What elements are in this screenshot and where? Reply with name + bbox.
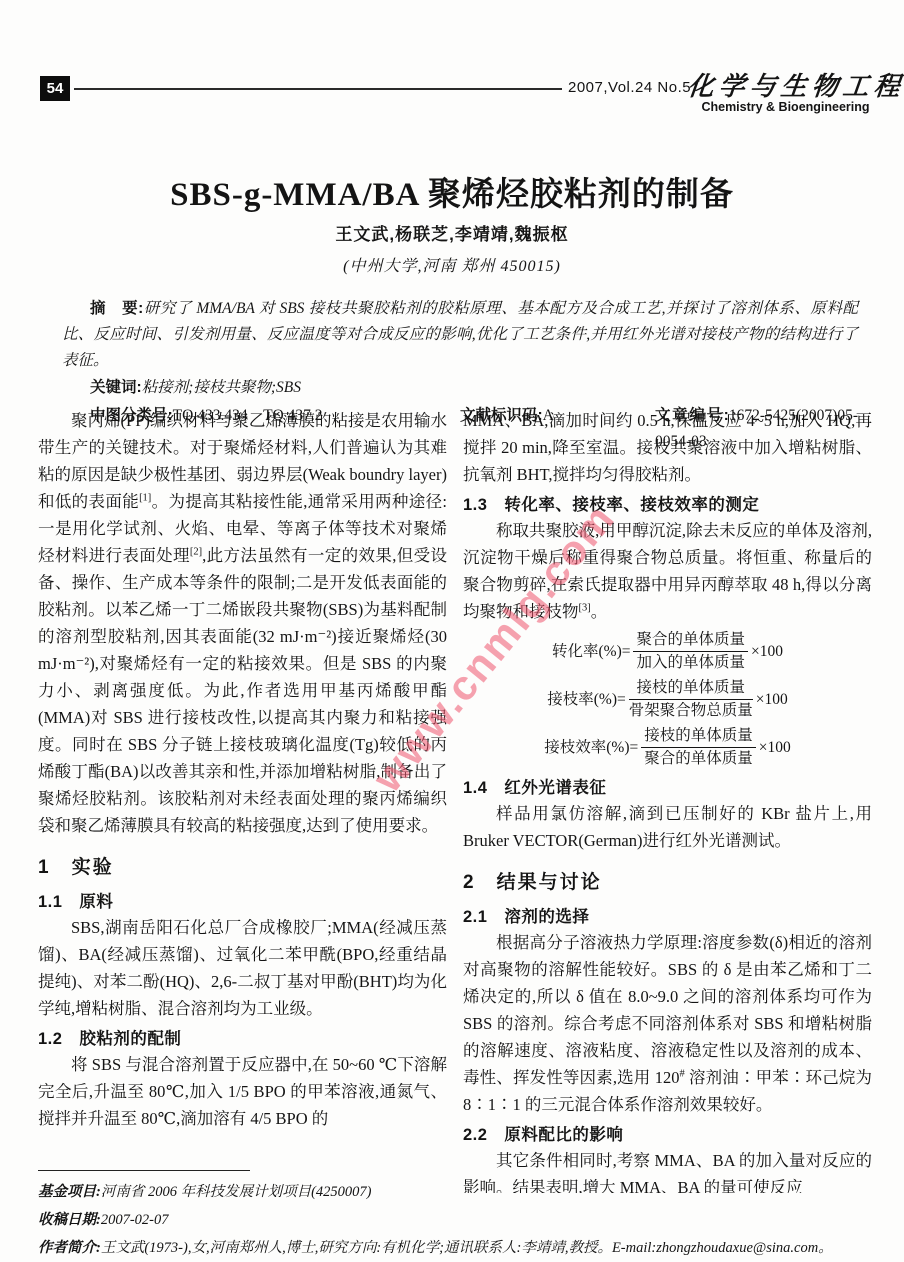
formula-denominator: 聚合的单体质量 <box>641 748 756 769</box>
keywords-text: 粘接剂;接枝共聚物;SBS <box>142 379 301 396</box>
bio-text: 王文武(1973-),女,河南郑州人,博士,研究方向:有机化学;通讯联系人:李靖… <box>101 1240 833 1256</box>
formula-rhs: ×100 <box>751 642 783 662</box>
graft-efficiency-formula: 接枝效率(%)= 接枝的单体质量 聚合的单体质量 ×100 <box>463 726 872 769</box>
article-title: SBS-g-MMA/BA 聚烯烃胶粘剂的制备 <box>0 168 904 215</box>
citation-ref-3: [3] <box>579 603 591 614</box>
formula-rhs: ×100 <box>756 690 788 710</box>
measurement-text-b: 。 <box>591 602 608 621</box>
footnote-divider <box>38 1170 250 1171</box>
solvent-paragraph: 根据高分子溶液热力学原理:溶度参数(δ)相近的溶剂对高聚物的溶解性能较好。SBS… <box>463 929 872 1118</box>
page-number-badge: 54 <box>40 76 70 101</box>
fund-label: 基金项目: <box>38 1184 101 1200</box>
page-header: 54 2007,Vol.24 No.5 化学与生物工程 Chemistry & … <box>0 0 904 130</box>
affiliation-line: (中州大学,河南 郑州 450015) <box>0 253 904 276</box>
subsection-heading-measurement: 1.3 转化率、接枝率、接枝效率的测定 <box>463 491 872 515</box>
issue-info: 2007,Vol.24 No.5 <box>568 79 691 96</box>
journal-name-en: Chemistry & Bioengineering <box>678 100 893 114</box>
formula-fraction: 接枝的单体质量 骨架聚合物总质量 <box>629 678 753 721</box>
subsection-heading-materials: 1.1 原料 <box>38 888 447 912</box>
intro-paragraph: 聚丙烯(PP)编织材料与聚乙烯薄膜的粘接是农用输水带生产的关键技术。对于聚烯烃材… <box>38 407 447 839</box>
authors-line: 王文武,杨联芝,李靖靖,魏振枢 <box>0 220 904 245</box>
fund-line: 基金项目:河南省 2006 年科技发展计划项目(4250007) <box>38 1182 874 1203</box>
bio-label: 作者简介: <box>38 1240 101 1256</box>
citation-ref-1: [1] <box>139 493 151 504</box>
journal-name-cn: 化学与生物工程 <box>686 66 895 103</box>
formula-numerator: 聚合的单体质量 <box>633 630 748 652</box>
fund-text: 河南省 2006 年科技发展计划项目(4250007) <box>101 1184 372 1200</box>
abstract-label: 摘 要: <box>90 300 143 317</box>
graft-rate-formula: 接枝率(%)= 接枝的单体质量 骨架聚合物总质量 ×100 <box>463 678 872 721</box>
formula-rhs: ×100 <box>759 738 791 758</box>
formula-lhs: 接枝率(%)= <box>547 690 625 710</box>
page-footer: 基金项目:河南省 2006 年科技发展计划项目(4250007) 收稿日期:20… <box>38 1182 874 1262</box>
materials-paragraph: SBS,湖南岳阳石化总厂合成橡胶厂;MMA(经减压蒸馏)、BA(经减压蒸馏)、过… <box>38 914 447 1022</box>
formula-lhs: 接枝效率(%)= <box>544 738 638 758</box>
solvent-text-a: 根据高分子溶液热力学原理:溶度参数(δ)相近的溶剂对高聚物的溶解性能较好。SBS… <box>463 933 872 1087</box>
abstract-text: 研究了 MMA/BA 对 SBS 接枝共聚胶粘剂的胶粘原理、基本配方及合成工艺,… <box>62 300 858 369</box>
received-line: 收稿日期:2007-02-07 <box>38 1210 874 1231</box>
abstract-paragraph: 摘 要:研究了 MMA/BA 对 SBS 接枝共聚胶粘剂的胶粘原理、基本配方及合… <box>62 296 858 374</box>
subsection-heading-solvent: 2.1 溶剂的选择 <box>463 903 872 927</box>
intro-text-c: ,此方法虽然有一定的效果,但受设备、操作、生产成本等条件的限制;二是开发低表面能… <box>38 546 447 835</box>
formula-fraction: 接枝的单体质量 聚合的单体质量 <box>641 726 756 769</box>
body-columns: 聚丙烯(PP)编织材料与聚乙烯薄膜的粘接是农用输水带生产的关键技术。对于聚烯烃材… <box>38 407 872 1197</box>
preparation-paragraph-continued: MMA、BA,滴加时间约 0.5 h,保温反应 4~5 h,加入 HQ,再搅拌 … <box>463 407 872 488</box>
formula-numerator: 接枝的单体质量 <box>629 678 753 700</box>
ir-paragraph: 样品用氯仿溶解,滴到已压制好的 KBr 盐片上,用 Bruker VECTOR(… <box>463 800 872 854</box>
preparation-paragraph: 将 SBS 与混合溶剂置于反应器中,在 50~60 ℃下溶解完全后,升温至 80… <box>38 1051 447 1132</box>
formula-denominator: 骨架聚合物总质量 <box>629 700 753 721</box>
measurement-paragraph: 称取共聚胶液,用甲醇沉淀,除去未反应的单体及溶剂,沉淀物干燥后称重得聚合物总质量… <box>463 517 872 625</box>
formula-fraction: 聚合的单体质量 加入的单体质量 <box>633 630 748 673</box>
citation-ref-2: [2] <box>190 547 202 558</box>
conversion-rate-formula: 转化率(%)= 聚合的单体质量 加入的单体质量 ×100 <box>463 630 872 673</box>
section-heading-experiment: 1 实验 <box>38 852 447 879</box>
subsection-heading-ir: 1.4 红外光谱表征 <box>463 774 872 798</box>
header-rule <box>74 88 562 90</box>
left-column: 聚丙烯(PP)编织材料与聚乙烯薄膜的粘接是农用输水带生产的关键技术。对于聚烯烃材… <box>38 407 447 1165</box>
keywords-line: 关键词:粘接剂;接枝共聚物;SBS <box>62 375 858 401</box>
bio-line: 作者简介:王文武(1973-),女,河南郑州人,博士,研究方向:有机化学;通讯联… <box>38 1238 874 1259</box>
section-heading-results: 2 结果与讨论 <box>463 867 872 894</box>
measurement-text-a: 称取共聚胶液,用甲醇沉淀,除去未反应的单体及溶剂,沉淀物干燥后称重得聚合物总质量… <box>463 521 872 621</box>
formula-lhs: 转化率(%)= <box>552 642 630 662</box>
subsection-heading-ratio: 2.2 原料配比的影响 <box>463 1121 872 1145</box>
keywords-label: 关键词: <box>90 379 142 396</box>
received-text: 2007-02-07 <box>101 1212 169 1228</box>
formula-denominator: 加入的单体质量 <box>633 652 748 673</box>
received-label: 收稿日期: <box>38 1212 101 1228</box>
right-column: MMA、BA,滴加时间约 0.5 h,保温反应 4~5 h,加入 HQ,再搅拌 … <box>463 407 872 1193</box>
formula-numerator: 接枝的单体质量 <box>641 726 756 748</box>
subsection-heading-preparation: 1.2 胶粘剂的配制 <box>38 1025 447 1049</box>
